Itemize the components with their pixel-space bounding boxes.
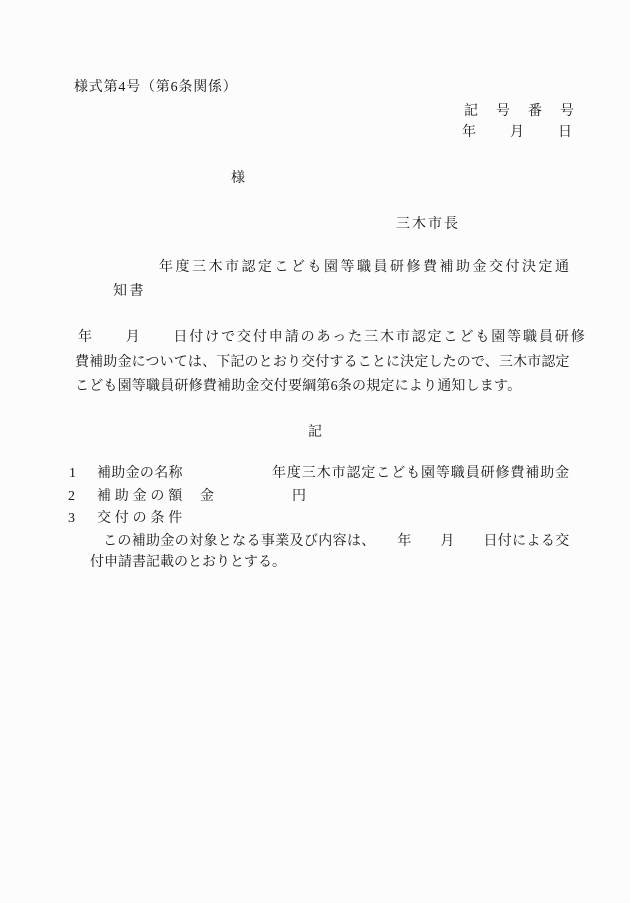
body-paragraph-line2: 費補助金については、下記のとおり交付することに決定したので、三木市認定 [75,356,570,370]
document-title-line2: 知書 [113,285,146,299]
date-line: 年 月 日 [462,126,574,140]
item2-amount-unit: 円 [292,490,306,504]
body-paragraph-line1: 年 月 日付けで交付申請のあった三木市認定こども園等職員研修 [78,331,587,345]
item1-number: 1 [69,467,76,481]
addressee-suffix: 様 [231,172,245,186]
item3-number: 3 [68,512,75,526]
item1-label-subsidy-name: 補助金の名称 [97,467,183,481]
record-marker: 記 [308,426,322,440]
condition-paragraph-line2: 付申請書記載のとおりとする。 [90,556,286,570]
condition-paragraph-line1: この補助金の対象となる事業及び内容は、 年 月 日付による交 [103,535,570,549]
item2-number: 2 [68,490,75,504]
document-page: 様式第4号（第6条関係） 記 号 番 号 年 月 日 様 三木市長 年度三木市認… [0,0,630,903]
form-number: 様式第4号（第6条関係） [74,81,238,95]
item2-label-subsidy-amount: 補助金の額 [97,490,186,504]
body-paragraph-line3: こども園等職員研修費補助金交付要綱第6条の規定により通知します。 [75,380,521,394]
document-title-line1: 年度三木市認定こども園等職員研修費補助金交付決定通 [159,261,572,275]
item2-amount-prefix: 金 [200,490,214,504]
reference-number-line: 記 号 番 号 [464,105,576,119]
sender-name: 三木市長 [396,218,460,232]
item3-label-grant-conditions: 交付の条件 [97,512,186,526]
item1-value-subsidy-name: 年度三木市認定こども園等職員研修費補助金 [272,467,570,481]
